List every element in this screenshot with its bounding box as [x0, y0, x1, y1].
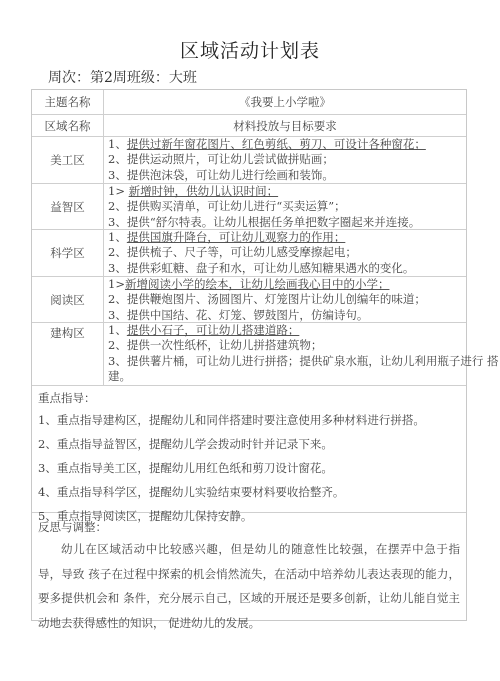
- area-label: 区域名称: [32, 115, 104, 136]
- theme-row: 主题名称 《我要上小学啦》: [32, 90, 466, 115]
- area-items: 1> 新增时钟，供幼儿认识时间； 2、提供购买清单，可让幼儿进行“买卖运算”； …: [104, 184, 466, 229]
- reflection-paragraph: 幼儿在区域活动中比较感兴趣，但是幼儿的随意性比较强，在摆弄中急于指导，导致 孩子…: [38, 537, 460, 635]
- guidance-item: 4、重点指导科学区，提醒幼儿实验结束要材料要收拾整齐。: [38, 480, 460, 504]
- area-item: 1、提供过新年窗花图片、红色剪纸、剪刀、可设计各种窗花；: [108, 137, 462, 152]
- guidance-item: 1、重点指导建构区，提醒幼儿和同伴搭建时要注意使用多种材料进行拼搭。: [38, 408, 460, 432]
- guidance-item: 2、重点指导益智区，提醒幼儿学会拨动时针并记录下来。: [38, 432, 460, 456]
- area-item: 2、提供梳子、尺子等，可让幼儿感受摩擦起电；: [108, 245, 462, 260]
- area-item: 建。: [108, 369, 498, 384]
- area-item: 3、提供“舒尔特表。让幼儿根据任务单把数字圈起来并连接。: [108, 215, 462, 230]
- area-item: 2、提供一次性纸杯，让幼儿拼搭建筑物；: [108, 338, 498, 353]
- area-value: 材料投放与目标要求: [104, 115, 466, 136]
- area-items: 1、提供小石子，可让幼儿搭建道路； 2、提供一次性纸杯，让幼儿拼搭建筑物； 3、…: [104, 323, 500, 385]
- area-items: 1>新增阅读小学的绘本，让幼儿绘画我心目中的小学； 2、提供鞭炮图片、汤圆图片、…: [104, 277, 466, 322]
- reflection-section: 反思与调整： 幼儿在区域活动中比较感兴趣，但是幼儿的随意性比较强，在摆弄中急于指…: [32, 513, 466, 620]
- area-row-art: 美工区 1、提供过新年窗花图片、红色剪纸、剪刀、可设计各种窗花； 2、提供运动照…: [32, 137, 466, 184]
- area-items: 1、提供国旗升降台，可让幼儿观察力的作用； 2、提供梳子、尺子等，可让幼儿感受摩…: [104, 230, 466, 276]
- area-item: 1>新增阅读小学的绘本，让幼儿绘画我心目中的小学；: [108, 277, 462, 292]
- theme-label: 主题名称: [32, 90, 104, 114]
- guidance-item: 3、重点指导美工区，提醒幼儿用红色纸和剪刀设计窗花。: [38, 456, 460, 480]
- area-name: 阅读区: [32, 277, 104, 322]
- area-name: 建构区: [32, 323, 104, 385]
- area-row-reading: 阅读区 1>新增阅读小学的绘本，让幼儿绘画我心目中的小学； 2、提供鞭炮图片、汤…: [32, 277, 466, 323]
- area-name: 科学区: [32, 230, 104, 276]
- guidance-section: 重点指导： 1、重点指导建构区，提醒幼儿和同伴搭建时要注意使用多种材料进行拼搭。…: [32, 386, 466, 513]
- area-item: 2、提供运动照片，可让幼儿尝试做拼贴画；: [108, 152, 462, 167]
- area-items: 1、提供过新年窗花图片、红色剪纸、剪刀、可设计各种窗花； 2、提供运动照片，可让…: [104, 137, 466, 183]
- plan-table: 主题名称 《我要上小学啦》 区域名称 材料投放与目标要求 美工区 1、提供过新年…: [31, 89, 467, 621]
- area-item: 3、提供泡沫袋，可让幼儿进行绘画和装饰。: [108, 168, 462, 183]
- area-item: 1> 新增时钟，供幼儿认识时间；: [108, 184, 462, 199]
- area-row-puzzle: 益智区 1> 新增时钟，供幼儿认识时间； 2、提供购买清单，可让幼儿进行“买卖运…: [32, 184, 466, 230]
- area-name: 益智区: [32, 184, 104, 229]
- area-header-row: 区域名称 材料投放与目标要求: [32, 115, 466, 137]
- area-item: 3、提供薯片桶，可让幼儿进行拼搭；提供矿泉水瓶，让幼儿利用瓶子进行 搭: [108, 354, 498, 369]
- area-row-construction: 建构区 1、提供小石子，可让幼儿搭建道路； 2、提供一次性纸杯，让幼儿拼搭建筑物…: [32, 323, 466, 386]
- area-row-science: 科学区 1、提供国旗升降台，可让幼儿观察力的作用； 2、提供梳子、尺子等，可让幼…: [32, 230, 466, 277]
- reflection-heading: 反思与调整：: [38, 517, 460, 537]
- theme-value: 《我要上小学啦》: [104, 90, 466, 114]
- area-name: 美工区: [32, 137, 104, 183]
- area-item: 2、提供鞭炮图片、汤圆图片、灯笼图片让幼儿创编年的味道；: [108, 292, 462, 307]
- guidance-heading: 重点指导：: [38, 388, 460, 408]
- document-title: 区域活动计划表: [0, 36, 500, 63]
- area-item: 3、提供中国结、花、灯笼、锣鼓图片，仿编诗句。: [108, 308, 462, 323]
- area-item: 1、提供国旗升降台，可让幼儿观察力的作用；: [108, 230, 462, 245]
- area-item: 3、提供彩虹糖、盘子和水，可让幼儿感知糖果遇水的变化。: [108, 261, 462, 276]
- area-item: 2、提供购买清单，可让幼儿进行“买卖运算”；: [108, 199, 462, 214]
- area-item: 1、提供小石子，可让幼儿搭建道路；: [108, 323, 498, 338]
- week-class-info: 周次：第2周班级：大班: [48, 67, 197, 87]
